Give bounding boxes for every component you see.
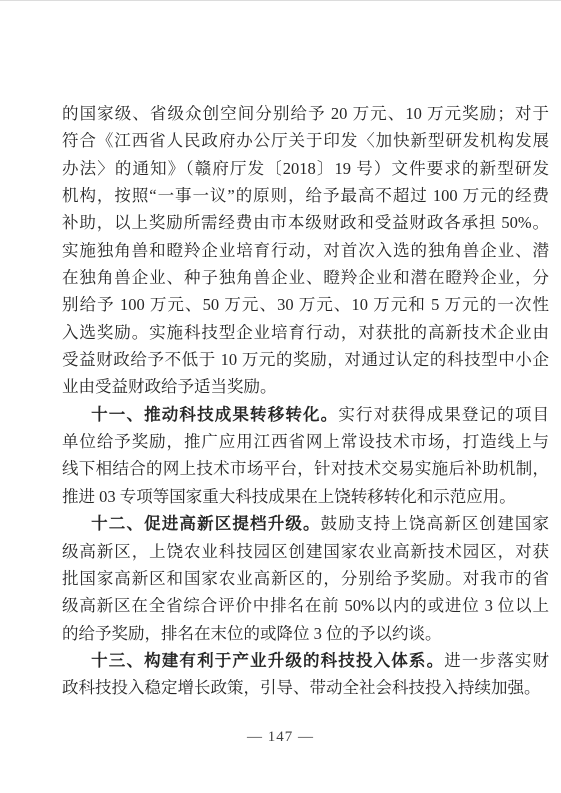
text-line: 受益财政给予不低于 10 万元的奖励，对通过认定的科技型中小企 (62, 346, 549, 373)
first-line-indent (62, 419, 90, 420)
body-text-run: 政科技投入稳定增长政策，引导、带动全社会科技投入持续加强。 (62, 678, 541, 697)
section-heading-run: 十三、构建有利于产业升级的科技投入体系。 (90, 652, 444, 670)
body-text-run: 办法〉的通知》（赣府厅发〔2018〕19 号）文件要求的新型研发 (62, 159, 549, 178)
text-line: 十二、促进高新区提档升级。鼓励支持上饶高新区创建国家 (62, 510, 549, 537)
body-text-run: 业由受益财政给予适当奖励。 (62, 377, 277, 396)
text-line: 线下相结合的网上技术市场平台，针对技术交易实施后补助机制， (62, 455, 549, 482)
page-number: — 147 — (247, 729, 314, 746)
body-text-run: 符合《江西省人民政府办公厅关于印发〈加快新型研发机构发展 (62, 131, 549, 150)
body-text-run: 批国家高新区和国家农业高新区的，分别给予奖励。对我市的省 (62, 569, 549, 588)
body-text-run: 别给予 100 万元、50 万元、30 万元、10 万元和 5 万元的一次性 (62, 295, 549, 314)
body-text-run: 级高新区，上饶农业科技园区创建国家农业高新技术园区，对获 (62, 542, 549, 561)
body-text-run: 实施独角兽和瞪羚企业培育行动，对首次入选的独角兽企业、潜 (62, 241, 549, 260)
text-line: 级高新区，上饶农业科技园区创建国家农业高新技术园区，对获 (62, 538, 549, 565)
section-heading-run: 十一、推动科技成果转移转化。 (90, 406, 338, 424)
document-page: 的国家级、省级众创空间分别给予 20 万元、10 万元奖励；对于符合《江西省人民… (0, 0, 561, 793)
text-line: 业由受益财政给予适当奖励。 (62, 373, 549, 400)
text-line: 在独角兽企业、种子独角兽企业、瞪羚企业和潜在瞪羚企业，分 (62, 264, 549, 291)
first-line-indent (62, 665, 90, 666)
text-line: 十一、推动科技成果转移转化。实行对获得成果登记的项目 (62, 401, 549, 428)
body-text-run: 在独角兽企业、种子独角兽企业、瞪羚企业和潜在瞪羚企业，分 (62, 268, 549, 287)
text-line: 入选奖励。实施科技型企业培育行动，对获批的高新技术企业由 (62, 319, 549, 346)
text-line: 十三、构建有利于产业升级的科技投入体系。进一步落实财 (62, 647, 549, 674)
body-text-run: 线下相结合的网上技术市场平台，针对技术交易实施后补助机制， (62, 459, 549, 478)
text-line: 的国家级、省级众创空间分别给予 20 万元、10 万元奖励；对于 (62, 100, 549, 127)
text-line: 政科技投入稳定增长政策，引导、带动全社会科技投入持续加强。 (62, 674, 549, 701)
body-text-run: 的给予奖励，排名在末位的或降位 3 位的予以约谈。 (62, 624, 442, 643)
body-text-run: 补助，以上奖励所需经费由市本级财政和受益财政各承担 50%。 (62, 213, 549, 232)
text-line: 补助，以上奖励所需经费由市本级财政和受益财政各承担 50%。 (62, 209, 549, 236)
text-line: 的给予奖励，排名在末位的或降位 3 位的予以约谈。 (62, 620, 549, 647)
text-line: 符合《江西省人民政府办公厅关于印发〈加快新型研发机构发展 (62, 127, 549, 154)
body-text-run: 鼓励支持上饶高新区创建国家 (321, 514, 549, 533)
body-text-run: 单位给予奖励，推广应用江西省网上常设技术市场，打造线上与 (62, 432, 549, 451)
body-text-run: 级高新区在全省综合评价中排名在前 50%以内的或进位 3 位以上 (62, 596, 549, 615)
text-line: 机构，按照“一事一议”的原则，给予最高不超过 100 万元的经费 (62, 182, 549, 209)
scan-edge-line (0, 0, 561, 1)
body-text-run: 推进 03 专项等国家重大科技成果在上饶转移转化和示范应用。 (62, 487, 516, 506)
text-line: 办法〉的通知》（赣府厅发〔2018〕19 号）文件要求的新型研发 (62, 155, 549, 182)
body-text-run: 进一步落实财 (444, 651, 549, 670)
section-heading-run: 十二、促进高新区提档升级。 (90, 515, 321, 533)
body-text-run: 受益财政给予不低于 10 万元的奖励，对通过认定的科技型中小企 (62, 350, 549, 369)
text-line: 单位给予奖励，推广应用江西省网上常设技术市场，打造线上与 (62, 428, 549, 455)
text-line: 级高新区在全省综合评价中排名在前 50%以内的或进位 3 位以上 (62, 592, 549, 619)
page-footer: — 147 — (0, 728, 561, 746)
first-line-indent (62, 528, 90, 529)
body-text-run: 入选奖励。实施科技型企业培育行动，对获批的高新技术企业由 (62, 323, 549, 342)
body-text: 的国家级、省级众创空间分别给予 20 万元、10 万元奖励；对于符合《江西省人民… (62, 100, 549, 702)
text-line: 实施独角兽和瞪羚企业培育行动，对首次入选的独角兽企业、潜 (62, 237, 549, 264)
text-line: 别给予 100 万元、50 万元、30 万元、10 万元和 5 万元的一次性 (62, 291, 549, 318)
body-text-run: 的国家级、省级众创空间分别给予 20 万元、10 万元奖励；对于 (62, 104, 549, 123)
text-line: 批国家高新区和国家农业高新区的，分别给予奖励。对我市的省 (62, 565, 549, 592)
body-text-run: 实行对获得成果登记的项目 (338, 405, 549, 424)
body-text-run: 机构，按照“一事一议”的原则，给予最高不超过 100 万元的经费 (62, 186, 549, 205)
text-line: 推进 03 专项等国家重大科技成果在上饶转移转化和示范应用。 (62, 483, 549, 510)
